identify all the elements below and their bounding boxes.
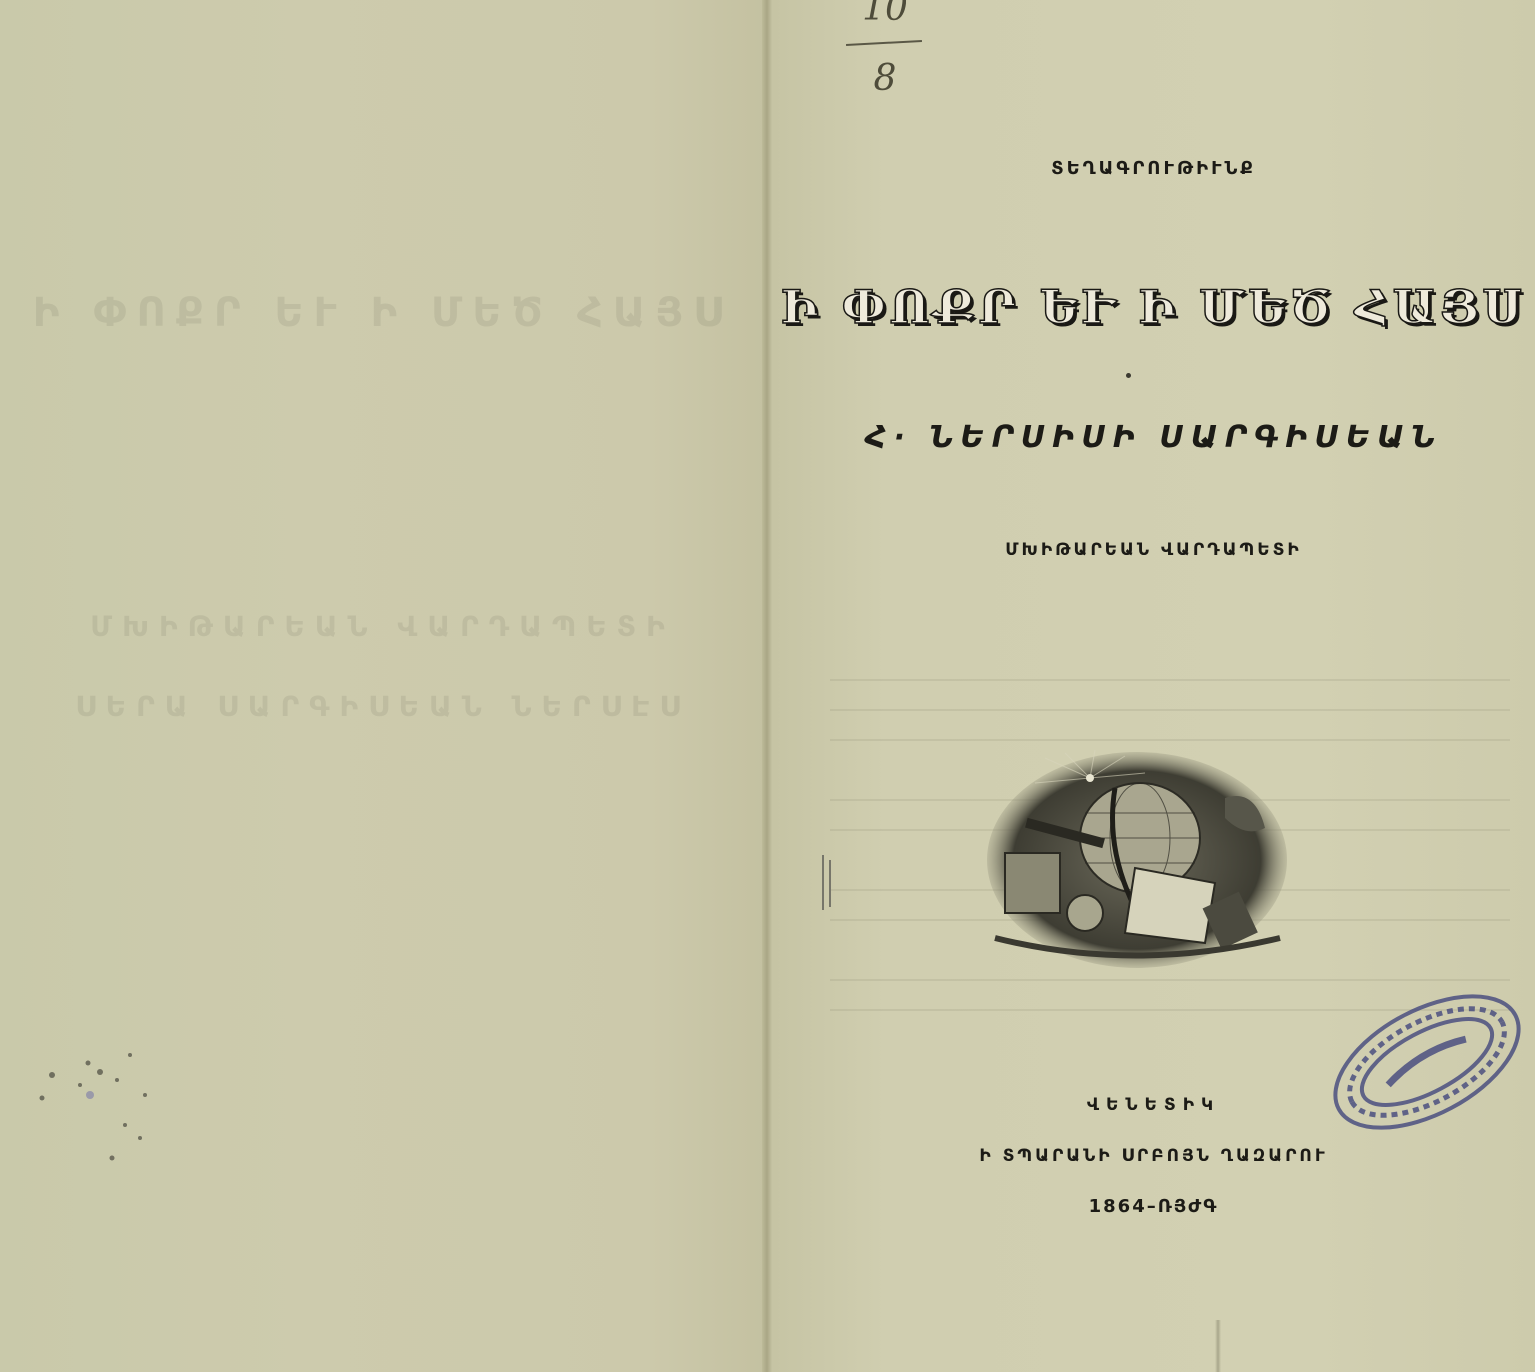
- shelfmark-top: 10: [840, 0, 930, 29]
- show-through-text: ՍԵՐԱ ՍԱՐԳԻՍԵԱՆ ՆԵՐՍԷՍ: [0, 690, 765, 723]
- heading: ՏԵՂԱԳՐՈՒԹԻՒՆՔ: [772, 158, 1535, 179]
- library-stamp-icon: [1322, 978, 1532, 1146]
- date: 1864–ՌՅԺԳ: [772, 1196, 1535, 1217]
- fraction-bar: [846, 40, 922, 46]
- author: Հ· ՆԵՐՍԻՍԻ ՍԱՐԳԻՍԵԱՆ: [772, 420, 1535, 455]
- show-through-text: ՄԽԻԹԱՐԵԱՆ ՎԱՐԴԱՊԵՏԻ: [0, 610, 765, 643]
- printer: Ի ՏՊԱՐԱՆԻ ՍՐԲՈՅՆ ՂԱԶԱՐՈՒ: [772, 1146, 1535, 1166]
- shelfmark-bottom: 8: [840, 58, 930, 99]
- show-through-text: Ի ՓՈՔՐ ԵՒ Ի ՄԵԾ ՀԱՅՍ: [0, 290, 765, 336]
- foxing-specks-icon: [20, 1020, 200, 1170]
- engraving-icon: [985, 748, 1290, 970]
- author-affiliation: ՄԽԻԹԱՐԵԱՆ ՎԱՐԴԱՊԵՏԻ: [772, 540, 1535, 560]
- left-page: Ի ՓՈՔՐ ԵՒ Ի ՄԵԾ ՀԱՅՍ ՄԽԻԹԱՐԵԱՆ ՎԱՐԴԱՊԵՏԻ…: [0, 0, 765, 1372]
- ornament-dot: [1126, 373, 1131, 378]
- handwritten-shelfmark: 10 8: [840, 0, 930, 110]
- title: Ի ՓՈՔՐ ԵՒ Ի ՄԵԾ ՀԱՅՍ: [772, 280, 1535, 334]
- book-spine: [762, 0, 772, 1372]
- page-scratch: [1215, 1320, 1221, 1372]
- pencil-mark-icon: [820, 855, 834, 910]
